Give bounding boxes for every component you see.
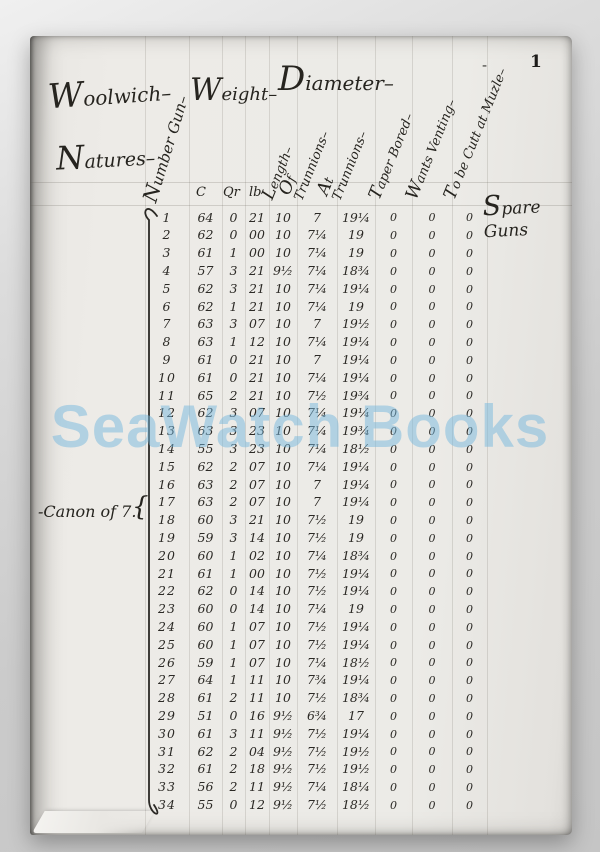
table-cell: 1 (222, 336, 245, 349)
table-cell: 0 (375, 212, 412, 223)
table-cell: 51 (189, 710, 222, 723)
table-cell: 0 (452, 248, 487, 259)
table-cell: 21 (245, 283, 269, 296)
table-cell: 07 (245, 639, 269, 652)
table-cell: 2 (145, 229, 189, 242)
table-cell: 0 (412, 426, 452, 437)
table-cell: 00 (245, 229, 269, 242)
table-cell: 7½ (297, 728, 337, 741)
table-cell: 0 (222, 212, 245, 225)
table-cell: 60 (189, 603, 222, 616)
table-cell: 0 (375, 426, 412, 437)
table-cell: 0 (452, 586, 487, 597)
table-cell: 0 (412, 657, 452, 668)
table-cell: 7¼ (297, 247, 337, 260)
table-cell: 0 (452, 319, 487, 330)
table-cell: 23 (245, 425, 269, 438)
table-cell: 0 (222, 799, 245, 812)
table-cell: 61 (189, 763, 222, 776)
table-cell: 32 (145, 763, 189, 776)
table-cell: 0 (412, 248, 452, 259)
table-cell: 10 (269, 443, 297, 456)
table-cell: 0 (412, 355, 452, 366)
table-row: 2360014107¼19000 (30, 601, 570, 619)
table-cell: 0 (222, 354, 245, 367)
table-cell: 14 (245, 603, 269, 616)
table-cell: 0 (452, 533, 487, 544)
table-cell: 0 (452, 390, 487, 401)
table-cell: 7¼ (297, 407, 337, 420)
table-cell: 2 (222, 746, 245, 759)
table-cell: 61 (189, 728, 222, 741)
table-cell: 0 (412, 586, 452, 597)
table-cell: 7¼ (297, 657, 337, 670)
table-cell: 0 (375, 266, 412, 277)
table-cell: 21 (245, 301, 269, 314)
table-cell: 07 (245, 479, 269, 492)
table-cell: 7¼ (297, 425, 337, 438)
table-cell: 1 (222, 568, 245, 581)
table-cell: 10 (269, 390, 297, 403)
table-cell: 7¼ (297, 301, 337, 314)
table-cell: 0 (452, 746, 487, 757)
table-cell: 18½ (337, 799, 375, 812)
table-cell: 3 (145, 247, 189, 260)
table-cell: 0 (412, 230, 452, 241)
table-cell: 10 (269, 550, 297, 563)
table-cell: 60 (189, 621, 222, 634)
table-cell: 0 (452, 355, 487, 366)
table-row: 662121107¼19000 (30, 298, 570, 316)
table-cell: 61 (189, 568, 222, 581)
table-cell: 10 (145, 372, 189, 385)
table-cell: 16 (145, 479, 189, 492)
table-cell: 7½ (297, 692, 337, 705)
table-cell: 0 (375, 497, 412, 508)
table-cell: 10 (269, 301, 297, 314)
table-cell: 10 (269, 407, 297, 420)
table-cell: 0 (412, 622, 452, 633)
table-cell: 55 (189, 443, 222, 456)
table-row: 4573219½7¼18¾000 (30, 262, 570, 280)
table-cell: 18¾ (337, 550, 375, 563)
table-cell: 61 (189, 692, 222, 705)
table-cell: 0 (375, 284, 412, 295)
table-cell: 10 (269, 621, 297, 634)
table-cell: 19 (337, 301, 375, 314)
header-diameter: Diameter– (278, 62, 394, 96)
table-cell: 57 (189, 265, 222, 278)
table-cell: 12 (145, 407, 189, 420)
table-cell: 0 (412, 711, 452, 722)
table-cell: 0 (452, 515, 487, 526)
table-cell: 12 (245, 336, 269, 349)
table-cell: 7½ (297, 585, 337, 598)
table-cell: 21 (245, 212, 269, 225)
table-cell: 0 (222, 710, 245, 723)
table-cell: 0 (412, 568, 452, 579)
table-cell: 0 (375, 533, 412, 544)
table-cell: 21 (245, 265, 269, 278)
table-row: 30613119½7½19¼000 (30, 725, 570, 743)
table-cell: 0 (412, 515, 452, 526)
table-cell: 00 (245, 247, 269, 260)
table-cell: 7½ (297, 799, 337, 812)
table-cell: 0 (452, 764, 487, 775)
table-cell: 10 (269, 425, 297, 438)
table-row: 96102110719¼000 (30, 351, 570, 369)
table-cell: 0 (375, 355, 412, 366)
table-cell: 1 (222, 247, 245, 260)
table-cell: 0 (375, 782, 412, 793)
table-cell: 0 (375, 711, 412, 722)
table-cell: 62 (189, 283, 222, 296)
table-cell: 60 (189, 514, 222, 527)
table-cell: 0 (375, 675, 412, 686)
table-cell: 26 (145, 657, 189, 670)
table-cell: 07 (245, 621, 269, 634)
table-cell: 7½ (297, 514, 337, 527)
table-cell: 0 (375, 373, 412, 384)
table-cell: 1 (145, 212, 189, 225)
table-row: 176320710719¼000 (30, 494, 570, 512)
table-cell: 19½ (337, 763, 375, 776)
table-cell: 19 (337, 229, 375, 242)
table-cell: 0 (222, 603, 245, 616)
table-cell: 7 (145, 318, 189, 331)
table-cell: 18½ (337, 443, 375, 456)
table-cell: 6 (145, 301, 189, 314)
table-cell: 3 (222, 283, 245, 296)
header-qr: Qr (223, 185, 240, 200)
table-cell: 3 (222, 425, 245, 438)
table-cell: 28 (145, 692, 189, 705)
table-cell: 33 (145, 781, 189, 794)
table-row: 76330710719½000 (30, 316, 570, 334)
table-cell: 0 (375, 693, 412, 704)
table-cell: 0 (412, 373, 452, 384)
table-cell: 04 (245, 746, 269, 759)
table-cell: 07 (245, 407, 269, 420)
table-cell: 10 (269, 603, 297, 616)
table-cell: 23 (245, 443, 269, 456)
table-cell: 0 (412, 782, 452, 793)
table-cell: 0 (452, 426, 487, 437)
table-cell: 0 (375, 640, 412, 651)
table-cell: 18¼ (337, 781, 375, 794)
table-cell: 0 (412, 212, 452, 223)
table-cell: 7 (297, 354, 337, 367)
table-cell: 10 (269, 568, 297, 581)
table-row: 1165221107½19¾000 (30, 387, 570, 405)
table-cell: 11 (245, 692, 269, 705)
table-cell: 3 (222, 532, 245, 545)
table-row: 16402110719¼000 (30, 209, 570, 227)
table-cell: 0 (452, 568, 487, 579)
table-cell: 60 (189, 550, 222, 563)
table-cell: 10 (269, 479, 297, 492)
table-cell: 21 (145, 568, 189, 581)
table-cell: 19¼ (337, 568, 375, 581)
header-cwt: C (196, 185, 206, 200)
table-cell: 0 (412, 693, 452, 704)
table-cell: 2 (222, 781, 245, 794)
table-cell: 14 (245, 585, 269, 598)
table-cell: 11 (245, 728, 269, 741)
table-cell: 59 (189, 657, 222, 670)
table-cell: 64 (189, 674, 222, 687)
table-cell: 19¼ (337, 674, 375, 687)
table-cell: 07 (245, 461, 269, 474)
table-cell: 7¼ (297, 603, 337, 616)
gun-table: 16402110719¼000262000107¼19000361100107¼… (30, 209, 570, 814)
table-row: 1562207107¼19¼000 (30, 458, 570, 476)
table-cell: 9½ (269, 728, 297, 741)
table-cell: 0 (412, 533, 452, 544)
table-cell: 0 (375, 515, 412, 526)
table-cell: 19 (337, 514, 375, 527)
table-cell: 7¼ (297, 461, 337, 474)
table-cell: 2 (222, 692, 245, 705)
table-cell: 0 (375, 230, 412, 241)
table-cell: 0 (412, 764, 452, 775)
table-cell: 02 (245, 550, 269, 563)
table-cell: 0 (222, 372, 245, 385)
table-cell: 3 (222, 407, 245, 420)
table-cell: 19¾ (337, 425, 375, 438)
table-cell: 11 (245, 781, 269, 794)
table-cell: 0 (375, 248, 412, 259)
table-cell: 0 (375, 551, 412, 562)
table-cell: 0 (452, 551, 487, 562)
table-cell: 0 (452, 675, 487, 686)
table-cell: 0 (452, 284, 487, 295)
table-cell: 18½ (337, 657, 375, 670)
table-cell: 0 (412, 746, 452, 757)
table-cell: 18¾ (337, 265, 375, 278)
table-cell: 9½ (269, 781, 297, 794)
table-cell: 10 (269, 318, 297, 331)
table-cell: 61 (189, 354, 222, 367)
table-cell: 0 (452, 301, 487, 312)
table-cell: 7 (297, 496, 337, 509)
table-cell: 19 (145, 532, 189, 545)
table-cell: 63 (189, 425, 222, 438)
table-cell: 62 (189, 585, 222, 598)
table-row: 33562119½7¼18¼000 (30, 779, 570, 797)
table-cell: 0 (452, 693, 487, 704)
table-cell: 10 (269, 372, 297, 385)
table-cell: 0 (412, 337, 452, 348)
table-cell: 14 (145, 443, 189, 456)
table-cell: 0 (412, 284, 452, 295)
table-cell: 10 (269, 639, 297, 652)
table-cell: 10 (269, 336, 297, 349)
table-row: 1455323107¼18½000 (30, 440, 570, 458)
table-cell: 63 (189, 496, 222, 509)
table-cell: 19 (337, 532, 375, 545)
table-cell: 3 (222, 728, 245, 741)
table-cell: 19¼ (337, 354, 375, 367)
table-cell: 0 (375, 764, 412, 775)
table-cell: 25 (145, 639, 189, 652)
table-cell: 0 (452, 230, 487, 241)
table-cell: 0 (412, 551, 452, 562)
table-cell: 21 (245, 390, 269, 403)
header-woolwich: Woolwich– (47, 72, 172, 114)
table-cell: 0 (375, 337, 412, 348)
table-cell: 0 (375, 622, 412, 633)
table-cell: 27 (145, 674, 189, 687)
table-cell: 0 (412, 390, 452, 401)
table-cell: 20 (145, 550, 189, 563)
table-cell: 30 (145, 728, 189, 741)
table-row: 2060102107¼18¾000 (30, 547, 570, 565)
table-cell: 0 (452, 497, 487, 508)
table-cell: 8 (145, 336, 189, 349)
table-cell: 62 (189, 301, 222, 314)
table-row: 863112107¼19¼000 (30, 334, 570, 352)
table-cell: 7½ (297, 639, 337, 652)
table-row: 1959314107½19000 (30, 529, 570, 547)
table-cell: 22 (145, 585, 189, 598)
table-cell: 10 (269, 229, 297, 242)
table-cell: 0 (222, 585, 245, 598)
table-cell: 21 (245, 514, 269, 527)
table-cell: 3 (222, 443, 245, 456)
table-cell: 63 (189, 479, 222, 492)
table-cell: 17 (337, 710, 375, 723)
table-row: 262000107¼19000 (30, 227, 570, 245)
table-cell: 9½ (269, 799, 297, 812)
table-cell: 0 (412, 640, 452, 651)
table-row: 2764111107¾19¼000 (30, 672, 570, 690)
table-cell: 0 (452, 408, 487, 419)
table-cell: 19¼ (337, 621, 375, 634)
table-row: 1262307107¼19¼000 (30, 405, 570, 423)
table-cell: 07 (245, 657, 269, 670)
table-cell: 18 (145, 514, 189, 527)
table-cell: 0 (375, 586, 412, 597)
table-cell: 17 (145, 496, 189, 509)
table-cell: 19¼ (337, 283, 375, 296)
table-cell: 10 (269, 585, 297, 598)
table-cell: 2 (222, 496, 245, 509)
margin-dash: - (482, 56, 487, 74)
table-cell: 0 (452, 800, 487, 811)
table-cell: 0 (412, 800, 452, 811)
table-cell: 19¼ (337, 461, 375, 474)
table-row: 31622049½7½19½000 (30, 743, 570, 761)
table-cell: 0 (375, 604, 412, 615)
table-cell: 7¾ (297, 674, 337, 687)
table-cell: 0 (412, 675, 452, 686)
table-cell: 3 (222, 265, 245, 278)
table-cell: 7½ (297, 746, 337, 759)
table-cell: 10 (269, 354, 297, 367)
table-cell: 65 (189, 390, 222, 403)
table-cell: 62 (189, 746, 222, 759)
table-cell: 12 (245, 799, 269, 812)
table-cell: 0 (412, 408, 452, 419)
table-cell: 21 (245, 354, 269, 367)
table-cell: 7½ (297, 390, 337, 403)
table-cell: 0 (412, 444, 452, 455)
table-cell: 64 (189, 212, 222, 225)
table-row: 32612189½7½19½000 (30, 761, 570, 779)
table-cell: 11 (245, 674, 269, 687)
table-cell: 19¼ (337, 372, 375, 385)
table-cell: 7 (297, 479, 337, 492)
table-cell: 0 (412, 479, 452, 490)
table-cell: 61 (189, 372, 222, 385)
table-cell: 0 (222, 229, 245, 242)
table-row: 562321107¼19¼000 (30, 280, 570, 298)
ledger-page: Woolwich– Natures– Number Gun– Weight– D… (30, 36, 572, 835)
table-cell: 0 (452, 782, 487, 793)
table-cell: 7¼ (297, 550, 337, 563)
table-cell: 0 (375, 408, 412, 419)
table-cell: 10 (269, 692, 297, 705)
table-cell: 1 (222, 550, 245, 563)
table-cell: 10 (269, 514, 297, 527)
table-cell: 62 (189, 407, 222, 420)
table-row: 2262014107½19¼000 (30, 583, 570, 601)
table-cell: 5 (145, 283, 189, 296)
table-cell: 0 (452, 373, 487, 384)
table-cell: 21 (245, 372, 269, 385)
table-cell: 19½ (337, 746, 375, 759)
table-cell: 23 (145, 603, 189, 616)
table-cell: 3 (222, 514, 245, 527)
table-row: 29510169½6¾17000 (30, 707, 570, 725)
table-cell: 3 (222, 318, 245, 331)
table-cell: 10 (269, 532, 297, 545)
table-cell: 24 (145, 621, 189, 634)
table-cell: 0 (452, 657, 487, 668)
table-cell: 16 (245, 710, 269, 723)
table-cell: 19¼ (337, 336, 375, 349)
table-cell: 0 (452, 622, 487, 633)
table-row: 2659107107¼18½000 (30, 654, 570, 672)
table-cell: 0 (375, 479, 412, 490)
table-cell: 2 (222, 763, 245, 776)
table-row: 361100107¼19000 (30, 245, 570, 263)
table-cell: 10 (269, 496, 297, 509)
table-cell: 0 (412, 301, 452, 312)
table-cell: 7¼ (297, 265, 337, 278)
table-cell: 7¼ (297, 443, 337, 456)
table-cell: 19 (337, 247, 375, 260)
table-cell: 10 (269, 247, 297, 260)
table-cell: 4 (145, 265, 189, 278)
table-cell: 9½ (269, 710, 297, 723)
table-cell: 0 (412, 266, 452, 277)
table-cell: 0 (452, 711, 487, 722)
table-cell: 7¼ (297, 336, 337, 349)
table-row: 166320710719¼000 (30, 476, 570, 494)
table-cell: 0 (375, 301, 412, 312)
table-cell: 0 (412, 604, 452, 615)
table-cell: 34 (145, 799, 189, 812)
table-cell: 0 (375, 657, 412, 668)
table-cell: 10 (269, 461, 297, 474)
table-cell: 31 (145, 746, 189, 759)
table-cell: 1 (222, 621, 245, 634)
table-cell: 0 (412, 462, 452, 473)
table-cell: 2 (222, 479, 245, 492)
table-cell: 11 (145, 390, 189, 403)
